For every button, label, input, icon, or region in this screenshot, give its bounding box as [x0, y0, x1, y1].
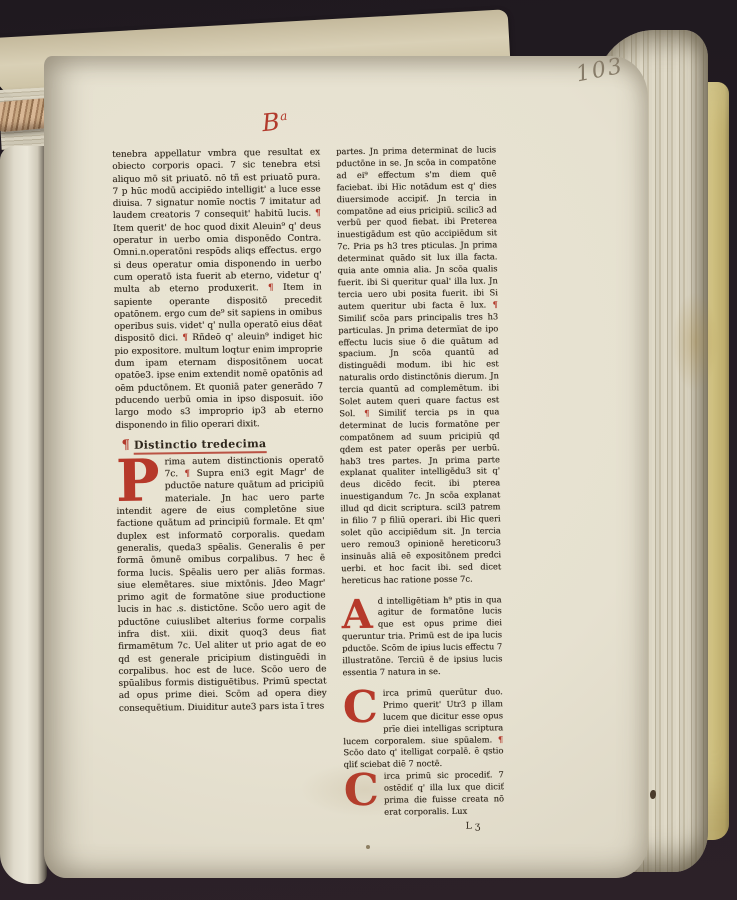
pilcrow-icon: ¶	[122, 438, 130, 453]
paragraph: Circa primū sic procediť. 7 ostēdiť q' i…	[344, 769, 505, 819]
drop-cap-initial: C	[343, 690, 378, 725]
quire-letter: B	[261, 108, 281, 138]
quire-superscript: a	[279, 109, 288, 124]
quire-signature-mark: L ʒ	[344, 820, 504, 833]
text-column-left: tenebra appellatur vmbra que resultat ex…	[112, 146, 327, 715]
paragraph-text: irca primū sic procediť. 7 ostēdiť q' il…	[384, 769, 504, 816]
drop-cap-initial: C	[344, 773, 379, 808]
drop-cap-initial: A	[341, 597, 372, 630]
text-block: tenebra appellatur vmbra que resultat ex…	[112, 144, 496, 149]
paragraph: Ad intelligētiam h⁹ ptis in qua agitur d…	[341, 594, 502, 679]
text-column-right: partes. Jn prima determinat de lucis pdu…	[336, 144, 504, 833]
facing-page-gutter	[0, 146, 47, 884]
drop-cap-initial: P	[116, 458, 160, 503]
paragraph: tenebra appellatur vmbra que resultat ex…	[112, 146, 323, 431]
book-page: tenebra appellatur vmbra que resultat ex…	[44, 56, 648, 878]
section-heading: ¶Distinctio tredecima	[122, 435, 324, 452]
paragraph: Prima autem distinctionis operatō 7c. ¶ …	[116, 454, 327, 715]
handwritten-quire-mark: Ba	[261, 107, 290, 138]
paragraph: Circa primū querūtur duo. Primo querit' …	[343, 686, 504, 771]
paragraph: partes. Jn prima determinat de lucis pdu…	[336, 144, 501, 586]
photo-background: tenebra appellatur vmbra que resultat ex…	[0, 0, 737, 900]
section-heading-text: Distinctio tredecima	[134, 437, 267, 455]
